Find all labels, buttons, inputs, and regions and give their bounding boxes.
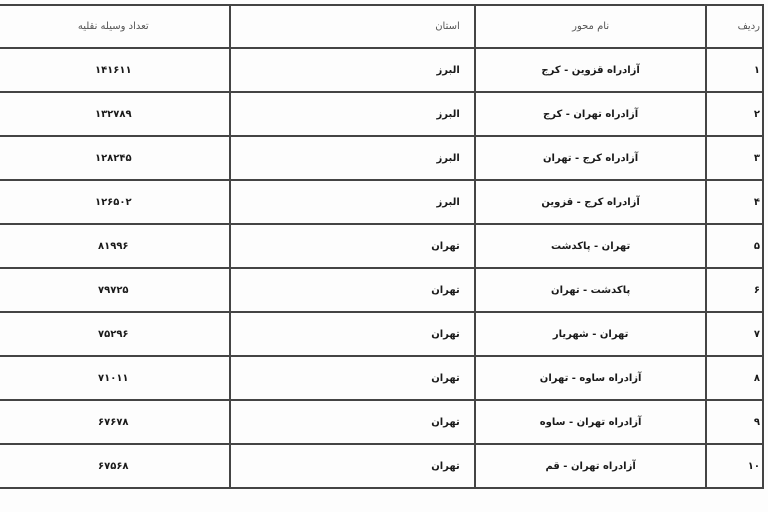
cell-province: تهران (230, 224, 475, 268)
cell-province: البرز (230, 136, 475, 180)
cell-index: ۶ (706, 268, 763, 312)
table-screenshot: ردیف نام محور استان تعداد وسیله نقلیه ۱ … (0, 0, 768, 512)
cell-count: ۶۷۵۶۸ (0, 444, 230, 488)
cell-province: تهران (230, 444, 475, 488)
table-row: ۲ آزادراه تهران - کرج البرز ۱۳۲۷۸۹ (0, 92, 763, 136)
cell-route: تهران - شهریار (475, 312, 707, 356)
cell-route: آزادراه تهران - قم (475, 444, 707, 488)
cell-index: ۱ (706, 48, 763, 92)
header-count: تعداد وسیله نقلیه (0, 5, 230, 48)
table-row: ۶ پاکدشت - تهران تهران ۷۹۷۲۵ (0, 268, 763, 312)
cell-route: آزادراه کرج - تهران (475, 136, 707, 180)
cell-province: تهران (230, 312, 475, 356)
table-row: ۹ آزادراه تهران - ساوه تهران ۶۷۶۷۸ (0, 400, 763, 444)
header-route: نام محور (475, 5, 707, 48)
cell-index: ۷ (706, 312, 763, 356)
cell-route: آزادراه تهران - کرج (475, 92, 707, 136)
table-row: ۵ تهران - پاکدشت تهران ۸۱۹۹۶ (0, 224, 763, 268)
cell-count: ۱۲۸۲۴۵ (0, 136, 230, 180)
table-row: ۷ تهران - شهریار تهران ۷۵۲۹۶ (0, 312, 763, 356)
cell-count: ۶۷۶۷۸ (0, 400, 230, 444)
cell-count: ۱۴۱۶۱۱ (0, 48, 230, 92)
cell-count: ۷۹۷۲۵ (0, 268, 230, 312)
cell-count: ۷۱۰۱۱ (0, 356, 230, 400)
table-row: ۳ آزادراه کرج - تهران البرز ۱۲۸۲۴۵ (0, 136, 763, 180)
cell-count: ۱۲۶۵۰۲ (0, 180, 230, 224)
header-province: استان (230, 5, 475, 48)
cell-index: ۲ (706, 92, 763, 136)
cell-index: ۴ (706, 180, 763, 224)
cell-province: البرز (230, 180, 475, 224)
cell-index: ۳ (706, 136, 763, 180)
cell-province: تهران (230, 356, 475, 400)
cell-count: ۸۱۹۹۶ (0, 224, 230, 268)
cell-route: آزادراه ساوه - تهران (475, 356, 707, 400)
cell-index: ۱۰ (706, 444, 763, 488)
cell-province: تهران (230, 400, 475, 444)
header-index: ردیف (706, 5, 763, 48)
cell-route: آزادراه قزوین - کرج (475, 48, 707, 92)
table-row: ۸ آزادراه ساوه - تهران تهران ۷۱۰۱۱ (0, 356, 763, 400)
table-header-row: ردیف نام محور استان تعداد وسیله نقلیه (0, 5, 763, 48)
cell-route: آزادراه کرج - قزوین (475, 180, 707, 224)
cell-route: آزادراه تهران - ساوه (475, 400, 707, 444)
cell-route: تهران - پاکدشت (475, 224, 707, 268)
table-row: ۴ آزادراه کرج - قزوین البرز ۱۲۶۵۰۲ (0, 180, 763, 224)
table-row: ۱۰ آزادراه تهران - قم تهران ۶۷۵۶۸ (0, 444, 763, 488)
cell-index: ۹ (706, 400, 763, 444)
cell-count: ۱۳۲۷۸۹ (0, 92, 230, 136)
traffic-volume-table: ردیف نام محور استان تعداد وسیله نقلیه ۱ … (0, 4, 764, 489)
cell-index: ۵ (706, 224, 763, 268)
cell-province: البرز (230, 92, 475, 136)
cell-route: پاکدشت - تهران (475, 268, 707, 312)
cell-index: ۸ (706, 356, 763, 400)
cell-province: البرز (230, 48, 475, 92)
cell-count: ۷۵۲۹۶ (0, 312, 230, 356)
table-row: ۱ آزادراه قزوین - کرج البرز ۱۴۱۶۱۱ (0, 48, 763, 92)
cell-province: تهران (230, 268, 475, 312)
